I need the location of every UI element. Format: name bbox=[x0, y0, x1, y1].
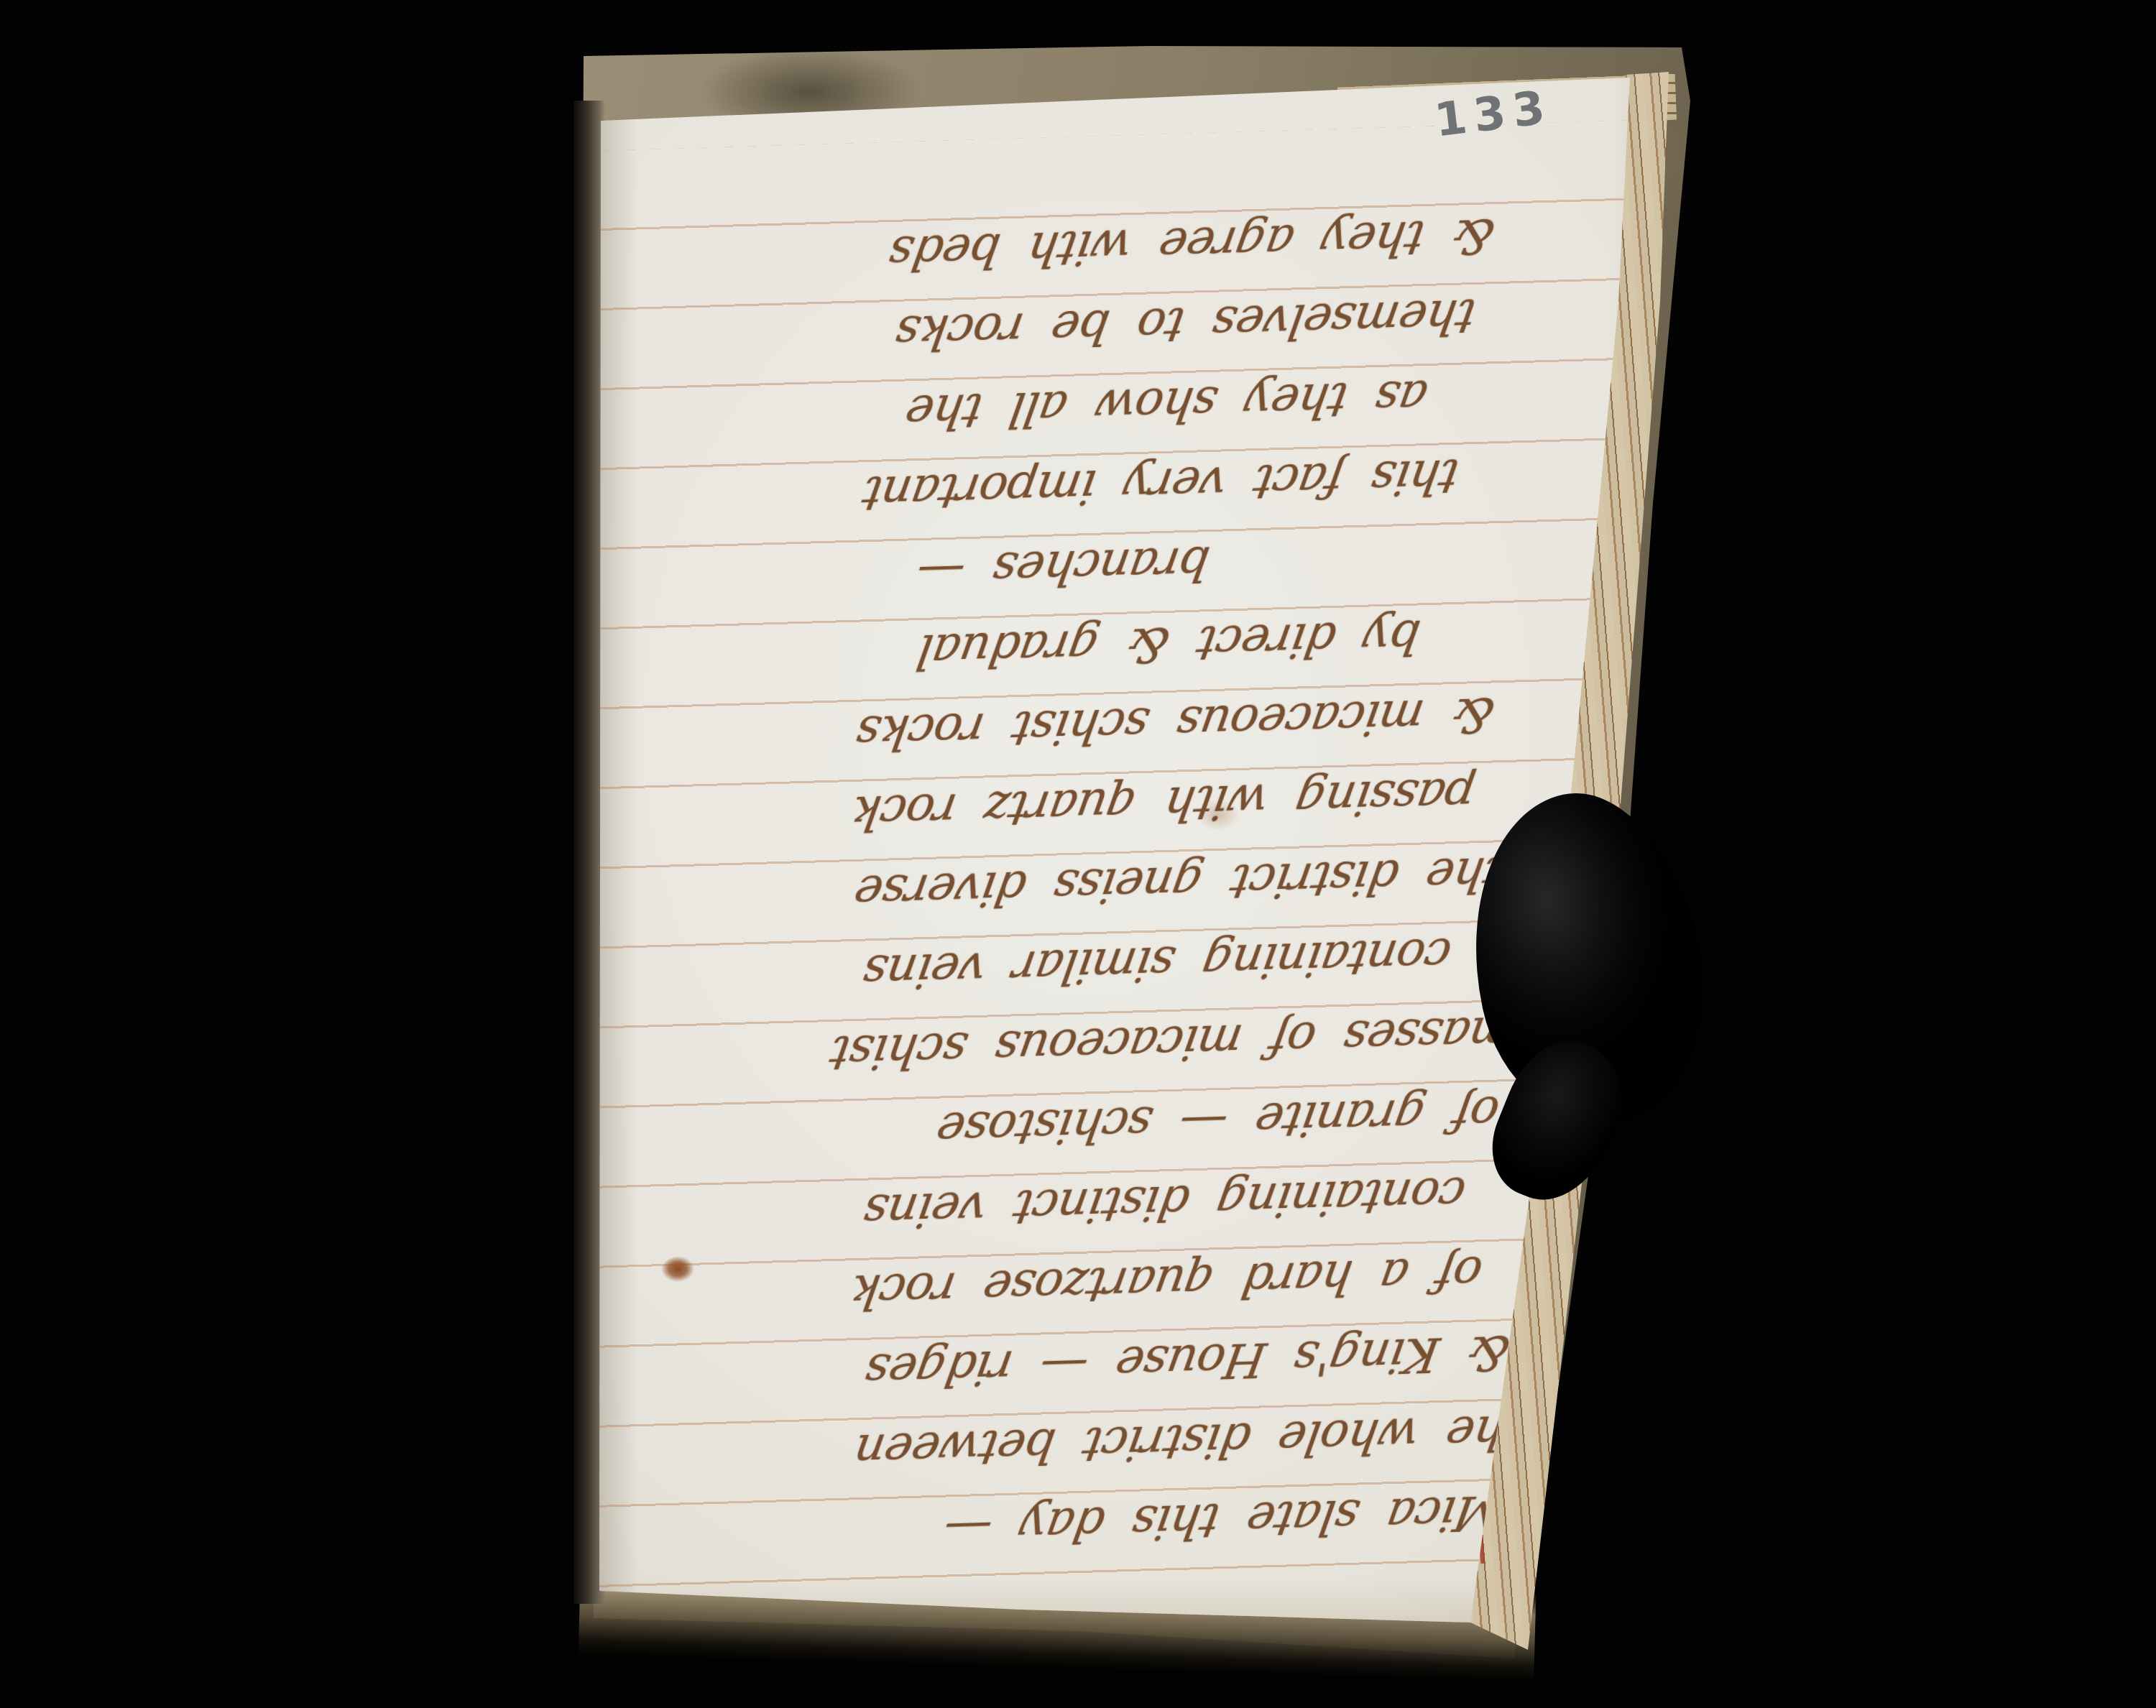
handwritten-text-block: Mica slate this day —the whole district … bbox=[629, 134, 1554, 1577]
photograph-of-notebook: Mica slate this day —the whole district … bbox=[0, 0, 2156, 1708]
